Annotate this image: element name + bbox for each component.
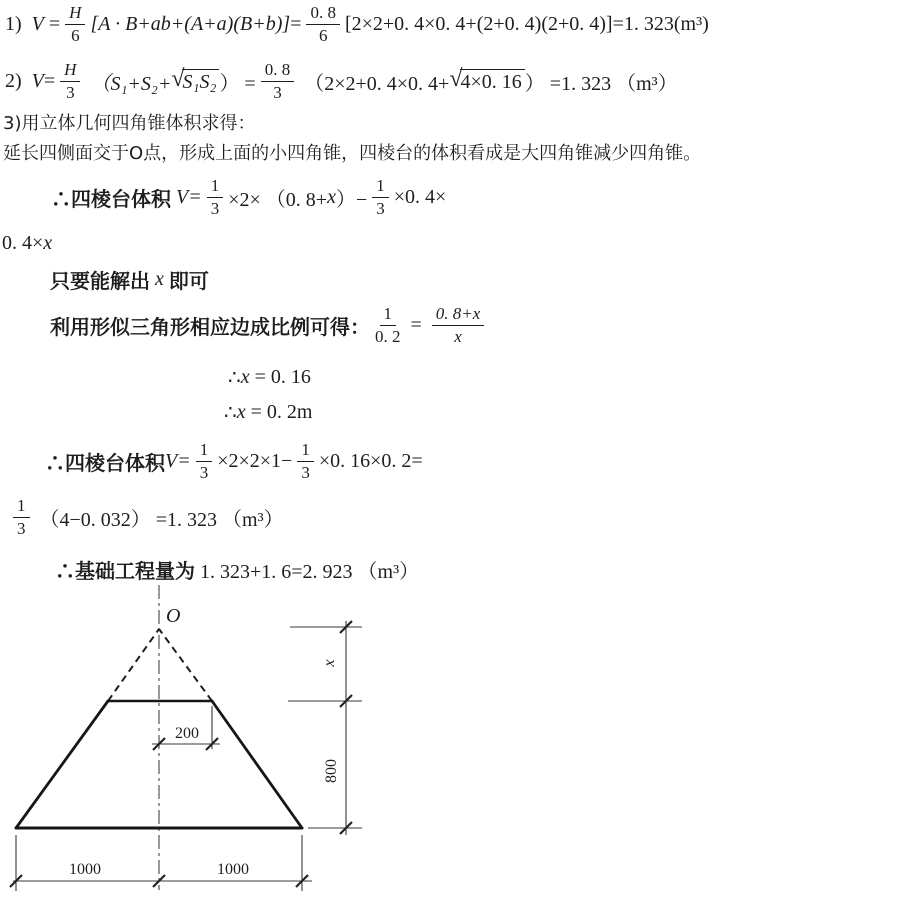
formula-line-13: ∴基础工程量为 1. 323+1. 6=2. 923 （m³） <box>55 557 419 581</box>
math-text: [2×2+0. 4×0. 4+(2+0. 4)(2+0. 4)]=1. 323(… <box>345 13 709 36</box>
formula-line-2: 2) V = H 3 （S₁+S₂+ √ S₁S₂ ） = 0. 8 3 （2×… <box>5 57 678 105</box>
fraction: 1 0. 2 <box>375 304 401 346</box>
fraction-numerator: 0. 8+x <box>432 304 485 326</box>
heading-method-3: 3)用立体几何四角锥体积求得： <box>3 110 255 134</box>
fraction-numerator: 0. 8 <box>261 60 295 82</box>
radicand: S₁S₂ <box>182 69 220 94</box>
text-segment: ∴四棱台体积 <box>45 447 165 476</box>
dim-800-label: 800 <box>323 759 340 783</box>
apex-o-label: O <box>166 605 180 627</box>
radicand: 4×0. 16 <box>460 69 525 94</box>
math-text: ×2× （0. 8+ <box>228 183 327 212</box>
math-var: V= <box>165 450 191 473</box>
fraction-denominator: 3 <box>301 462 310 483</box>
dim-bottom-chain <box>10 835 312 891</box>
math-text: ×0. 4× <box>394 186 447 209</box>
fraction: H 3 <box>60 60 80 102</box>
fraction-denominator: x <box>454 326 462 347</box>
fraction: 1 3 <box>196 440 213 482</box>
math-var: V <box>32 13 44 36</box>
frustum-diagram: 200 x 800 1000 1000 O <box>0 585 400 901</box>
fraction-denominator: 6 <box>71 25 80 46</box>
text-segment: 利用形似三角形相应边成比例可得： <box>50 311 370 340</box>
fraction-numerator: 1 <box>297 440 314 462</box>
formula-line-1: 1) V = H 6 [A · B+ab+(A+a)(B+b)] = 0. 8 … <box>5 0 709 48</box>
item-label: 2) <box>5 70 32 93</box>
dim-1000-left-label: 1000 <box>69 861 101 878</box>
math-var: x <box>43 232 52 255</box>
math-text: 0. 4× <box>2 232 43 255</box>
math-text: ×0. 16×0. 2= <box>319 450 423 473</box>
square-root: √ S₁S₂ <box>171 69 219 94</box>
therefore-symbol: ∴ <box>224 400 237 425</box>
math-text: ） =1. 323 （m³） <box>525 67 678 96</box>
math-var: V= <box>176 186 202 209</box>
fraction: 0. 8 3 <box>261 60 295 102</box>
heading-text: 3)用立体几何四角锥体积求得： <box>3 109 255 135</box>
math-text: = <box>290 13 301 36</box>
fraction-numerator: 1 <box>196 440 213 462</box>
fraction-numerator: H <box>60 60 80 82</box>
apex-dashed-lines <box>108 629 212 701</box>
math-text: （4−0. 032） =1. 323 （m³） <box>35 503 284 532</box>
math-text: （2×2+0. 4×0. 4+ <box>299 67 449 96</box>
fraction: 1 3 <box>372 176 389 218</box>
math-text: = <box>44 70 55 93</box>
formula-line-8: 利用形似三角形相应边成比例可得： 1 0. 2 = 0. 8+x x <box>50 301 489 349</box>
fraction-numerator: 1 <box>372 176 389 198</box>
text-segment: ∴基础工程量为 <box>55 555 200 584</box>
item-label: 1) <box>5 13 32 36</box>
math-text: = 0. 2m <box>246 401 313 424</box>
dim-1000-right-label: 1000 <box>217 861 249 878</box>
text-line-7: 只要能解出 x 即可 <box>50 267 209 291</box>
text-segment: 只要能解出 <box>50 265 155 294</box>
fraction-numerator: 1 <box>380 304 397 326</box>
math-text: ∴四棱台体积 <box>51 183 176 212</box>
math-text: ×2×2×1− <box>217 450 292 473</box>
paragraph-explanation: 延长四侧面交于O点，形成上面的小四角锥，四棱台的体积看成是大四角锥减少四角锥。 <box>3 140 701 164</box>
formula-line-12: 1 3 （4−0. 032） =1. 323 （m³） <box>8 493 284 541</box>
dim-x-label: x <box>321 659 338 667</box>
formula-line-11: ∴四棱台体积 V= 1 3 ×2×2×1− 1 3 ×0. 16×0. 2= <box>45 437 423 485</box>
math-var: V <box>32 70 44 93</box>
fraction-denominator: 0. 2 <box>375 326 401 347</box>
dim-200-label: 200 <box>175 725 199 742</box>
math-var: x <box>327 186 336 209</box>
math-text: ） = <box>219 67 255 96</box>
therefore-symbol: ∴ <box>228 365 241 390</box>
math-var: x <box>155 268 164 291</box>
fraction: 1 3 <box>13 496 30 538</box>
math-text: = <box>406 314 427 337</box>
dim-right-chain <box>288 621 362 835</box>
fraction-denominator: 6 <box>319 25 328 46</box>
formula-line-6: 0. 4× x <box>2 231 52 255</box>
fraction-denominator: 3 <box>200 462 209 483</box>
radical-icon: √ <box>449 67 462 91</box>
math-text: ）− <box>336 183 367 212</box>
fraction-denominator: 3 <box>17 518 26 539</box>
fraction: 1 3 <box>297 440 314 482</box>
fraction-numerator: 1 <box>207 176 224 198</box>
fraction: 0. 8+x x <box>432 304 485 346</box>
math-text: = 0. 16 <box>250 366 311 389</box>
fraction-numerator: H <box>65 3 85 25</box>
math-var: x <box>237 401 246 424</box>
math-text: 1. 323+1. 6=2. 923 （m³） <box>200 555 419 584</box>
fraction-numerator: 1 <box>13 496 30 518</box>
fraction: 1 3 <box>207 176 224 218</box>
text-segment: 即可 <box>164 265 209 294</box>
formula-line-5: ∴四棱台体积 V= 1 3 ×2× （0. 8+ x ）− 1 3 ×0. 4× <box>51 173 446 221</box>
fraction-denominator: 3 <box>273 82 282 103</box>
square-root: √ 4×0. 16 <box>449 69 524 94</box>
fraction-denominator: 3 <box>66 82 75 103</box>
math-text: = <box>44 13 60 36</box>
paragraph-text: 延长四侧面交于O点，形成上面的小四角锥，四棱台的体积看成是大四角锥减少四角锥。 <box>3 139 701 165</box>
math-text: （S₁+S₂+ <box>85 67 171 96</box>
fraction: H 6 <box>65 3 85 45</box>
radical-icon: √ <box>171 67 184 91</box>
formula-line-10: ∴ x = 0. 2m <box>224 400 312 424</box>
formula-line-9: ∴ x = 0. 16 <box>228 365 311 389</box>
fraction-numerator: 0. 8 <box>306 3 340 25</box>
fraction: 0. 8 6 <box>306 3 340 45</box>
fraction-denominator: 3 <box>376 198 385 219</box>
math-text: [A · B+ab+(A+a)(B+b)] <box>90 13 290 36</box>
math-var: x <box>241 366 250 389</box>
fraction-denominator: 3 <box>211 198 220 219</box>
